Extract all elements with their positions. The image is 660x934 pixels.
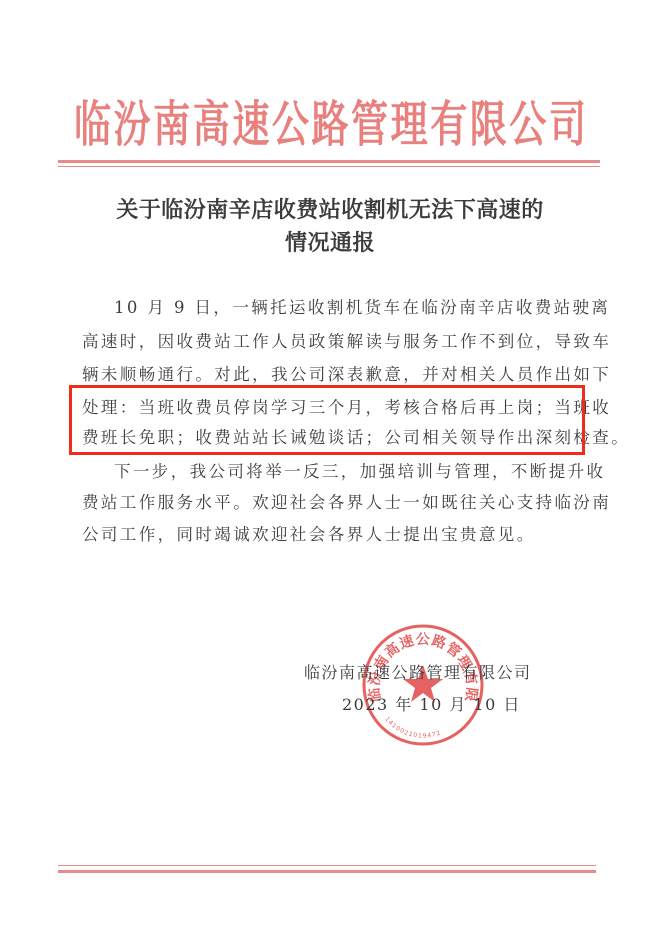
body-line: 费站工作服务水平。欢迎社会各界人士一如既往关心支持临汾南 — [82, 495, 592, 512]
letterhead-char: 速 — [232, 100, 269, 149]
letterhead-char: 司 — [549, 100, 586, 149]
body-line: 10 月 9 日，一辆托运收割机货车在临汾南辛店收费站驶离 — [114, 300, 624, 317]
letterhead-company-name: 临 汾 南 高 速 公 路 管 理 有 限 公 司 — [74, 96, 586, 152]
letterhead-char: 路 — [311, 100, 348, 149]
document-title-line1: 关于临汾南辛店收费站收割机无法下高速的 — [60, 199, 600, 221]
signature-company: 临汾南高速公路管理有限公司 — [304, 665, 532, 681]
body-line: 高速时，因收费站工作人员政策解读与服务工作不到位，导致车 — [82, 334, 592, 351]
header-rule-thick — [58, 160, 600, 163]
company-seal-icon: 临汾南高速公路管理有限公司 1410021019472 — [361, 623, 485, 747]
letterhead-char: 管 — [351, 100, 388, 149]
letterhead-char: 高 — [193, 100, 230, 149]
highlight-annotation-box — [69, 385, 585, 455]
header-rule-thin — [58, 166, 600, 167]
letterhead-char: 汾 — [114, 100, 151, 149]
letterhead-char: 公 — [272, 100, 309, 149]
footer-rule-thick — [58, 870, 596, 873]
body-line: 下一步，我公司将举一反三，加强培训与管理，不断提升收 — [114, 464, 624, 481]
signature-date: 2023 年 10 月 10 日 — [342, 697, 521, 713]
body-line: 辆未顺畅通行。对此，我公司深表歉意，并对相关人员作出如下 — [82, 367, 592, 384]
document-title-line2: 情况通报 — [60, 232, 600, 254]
footer-rule-thin — [58, 865, 596, 866]
body-line: 公司工作，同时竭诚欢迎社会各界人士提出宝贵意见。 — [82, 527, 592, 544]
letterhead-char: 公 — [509, 100, 546, 149]
letterhead-char: 南 — [153, 100, 190, 149]
letterhead-char: 有 — [430, 100, 467, 149]
letterhead-char: 限 — [470, 100, 507, 149]
letterhead-char: 临 — [74, 100, 111, 149]
letterhead-char: 理 — [391, 100, 428, 149]
